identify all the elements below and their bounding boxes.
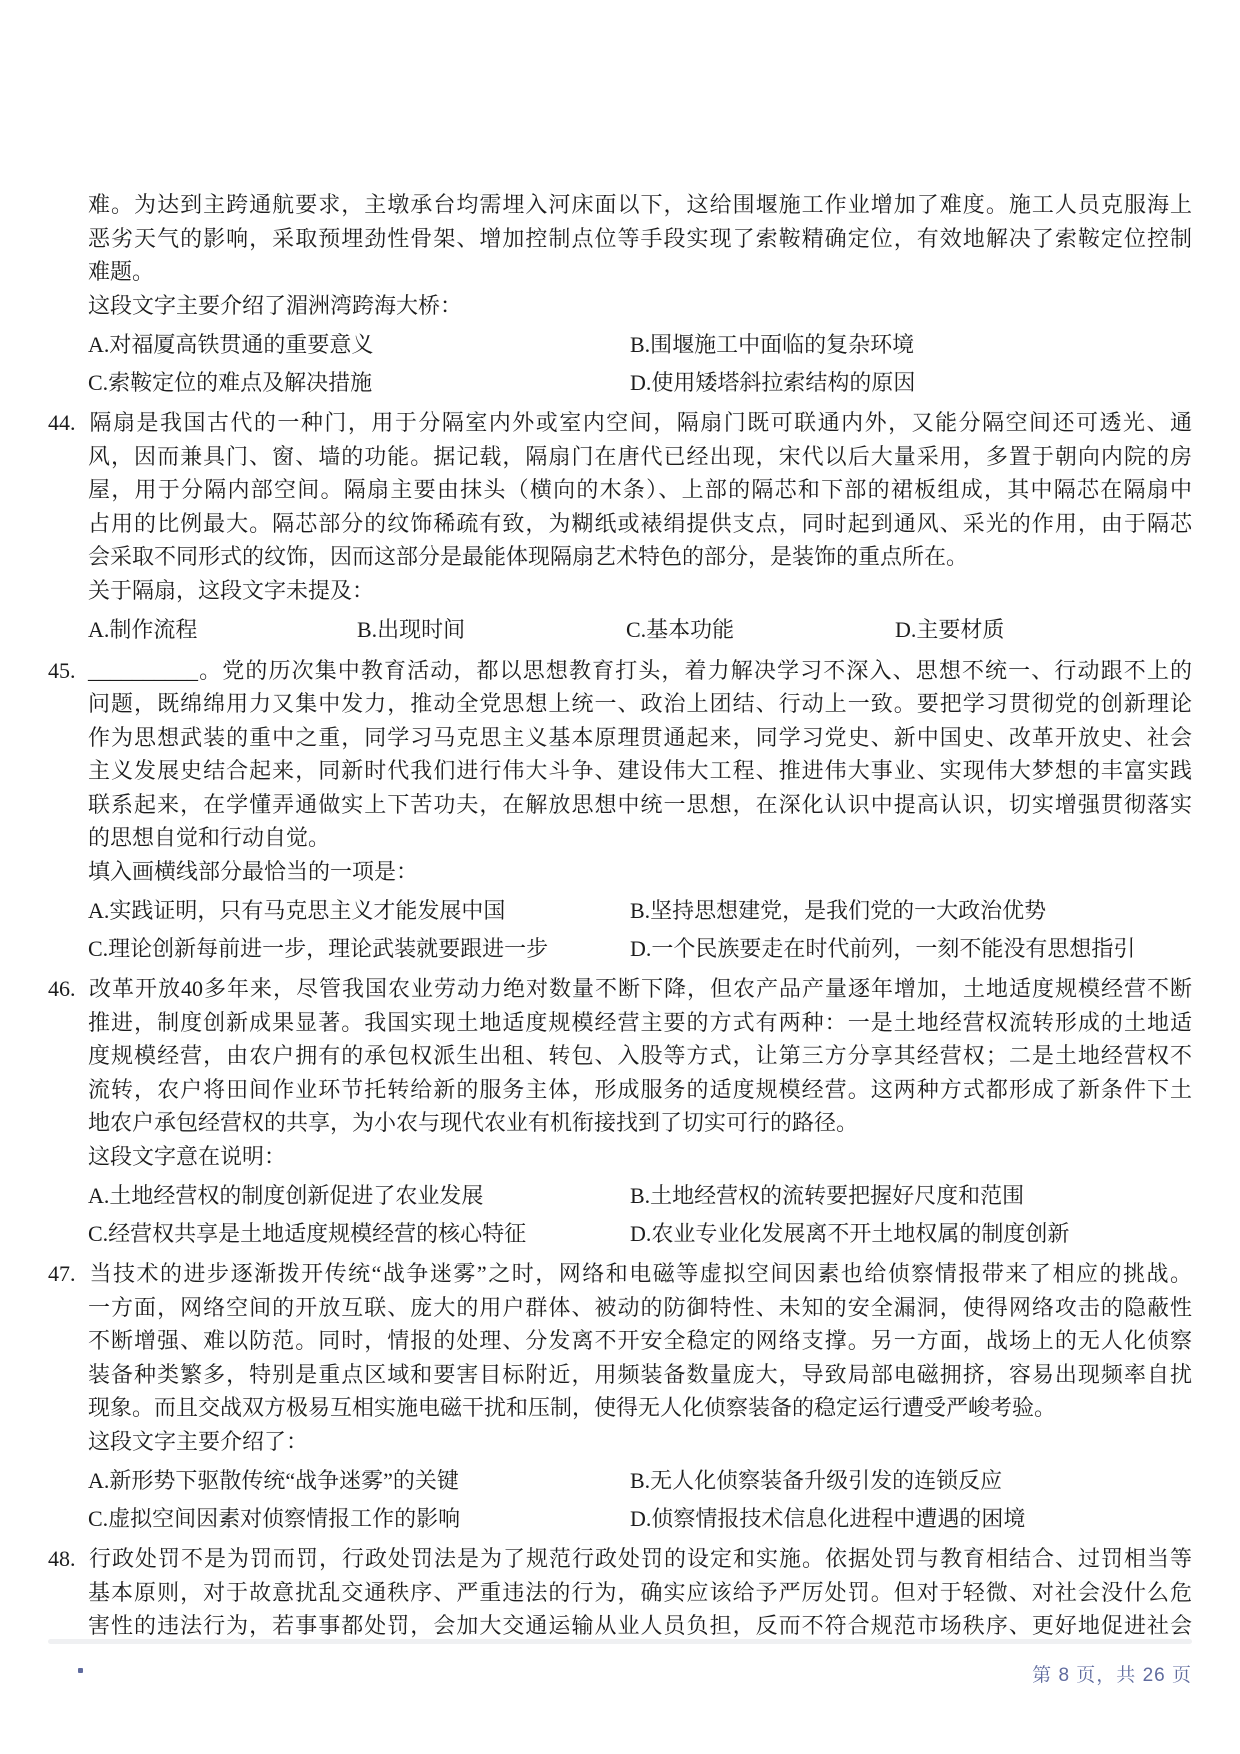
question-45: 45.__________。党的历次集中教育活动，都以思想教育打头，着力解决学习… [48,654,1192,968]
options-row: A.土地经营权的制度创新促进了农业发展 B.土地经营权的流转要把握好尺度和范围 [88,1177,1192,1215]
stem-line: 问题，既绵绵用力又集中发力，推动全党思想上统一、政治上团结、行动上一致。要把学习… [88,687,1192,721]
question-44: 44.隔扇是我国古代的一种门，用于分隔室内外或室内空间，隔扇门既可联通内外，又能… [48,406,1192,649]
footer-marker-dot [78,1668,83,1673]
option-c: C.理论创新每前进一步，理论武装就要跟进一步 [88,930,630,968]
question-46: 46.改革开放40多年来，尽管我国农业劳动力绝对数量不断下降，但农产品产量逐年增… [48,972,1192,1252]
option-d: D.主要材质 [895,611,1144,649]
question-43-carryover: 难。为达到主跨通航要求，主墩承台均需埋入河床面以下，这给围堰施工作业增加了难度。… [48,188,1192,401]
stem-line-text: 改革开放40多年来，尽管我国农业劳动力绝对数量不断下降，但农产品产量逐年增加，土… [88,976,1192,1001]
question-prompt: 填入画横线部分最恰当的一项是： [88,855,1192,889]
stem-line: 主义发展史结合起来，同新时代我们进行伟大斗争、建设伟大工程、推进伟大事业、实现伟… [88,754,1192,788]
document-body: 难。为达到主跨通航要求，主墩承台均需埋入河床面以下，这给围堰施工作业增加了难度。… [48,188,1192,1643]
footer-divider [48,1639,1192,1644]
stem-line-text: 行政处罚不是为罚而罚，行政处罚法是为了规范行政处罚的设定和实施。依据处罚与教育相… [88,1546,1192,1571]
option-a: A.对福厦高铁贯通的重要意义 [88,326,630,364]
stem-line-text: __________。党的历次集中教育活动，都以思想教育打头，着力解决学习不深入… [88,658,1192,683]
options-row: A.对福厦高铁贯通的重要意义 B.围堰施工中面临的复杂环境 [88,326,1192,364]
question-prompt: 这段文字主要介绍了湄洲湾跨海大桥： [88,289,1192,323]
stem-line: 流转，农户将田间作业环节托转给新的服务主体，形成服务的适度规模经营。这两种方式都… [88,1073,1192,1107]
stem-line: 44.隔扇是我国古代的一种门，用于分隔室内外或室内空间，隔扇门既可联通内外，又能… [88,406,1192,440]
stem-line: 风，因而兼具门、窗、墙的功能。据记载，隔扇门在唐代已经出现，宋代以后大量采用，多… [88,440,1192,474]
option-b: B.无人化侦察装备升级引发的连锁反应 [630,1462,1190,1500]
option-b: B.坚持思想建党，是我们党的一大政治优势 [630,892,1190,930]
option-a: A.实践证明，只有马克思主义才能发展中国 [88,892,630,930]
question-number: 45. [48,654,88,688]
options-group: A.对福厦高铁贯通的重要意义 B.围堰施工中面临的复杂环境 C.索鞍定位的难点及… [88,326,1192,401]
stem-line: 占用的比例最大。隔芯部分的纹饰稀疏有致，为糊纸或裱绢提供支点，同时起到通风、采光… [88,507,1192,541]
stem-line: 作为思想武装的重中之重，同学习马克思主义基本原理贯通起来，同学习党史、新中国史、… [88,721,1192,755]
stem-line: 难。为达到主跨通航要求，主墩承台均需埋入河床面以下，这给围堰施工作业增加了难度。… [88,188,1192,222]
question-48: 48.行政处罚不是为罚而罚，行政处罚法是为了规范行政处罚的设定和实施。依据处罚与… [48,1542,1192,1643]
stem-line: 一方面，网络空间的开放互联、庞大的用户群体、被动的防御特性、未知的安全漏洞，使得… [88,1291,1192,1325]
option-b: B.围堰施工中面临的复杂环境 [630,326,1190,364]
stem-line: 46.改革开放40多年来，尽管我国农业劳动力绝对数量不断下降，但农产品产量逐年增… [88,972,1192,1006]
options-row: C.虚拟空间因素对侦察情报工作的影响 D.侦察情报技术信息化进程中遭遇的困境 [88,1500,1192,1538]
question-number: 47. [48,1257,88,1291]
option-c: C.虚拟空间因素对侦察情报工作的影响 [88,1500,630,1538]
options-row: A.实践证明，只有马克思主义才能发展中国 B.坚持思想建党，是我们党的一大政治优… [88,892,1192,930]
option-b: B.土地经营权的流转要把握好尺度和范围 [630,1177,1190,1215]
question-number: 44. [48,406,88,440]
options-group: A.实践证明，只有马克思主义才能发展中国 B.坚持思想建党，是我们党的一大政治优… [88,892,1192,967]
exam-document-page: 难。为达到主跨通航要求，主墩承台均需埋入河床面以下，这给围堰施工作业增加了难度。… [0,0,1240,1754]
options-group: A.制作流程 B.出现时间 C.基本功能 D.主要材质 [88,611,1192,649]
stem-line: 基本原则，对于故意扰乱交通秩序、严重违法的行为，确实应该给予严厉处罚。但对于轻微… [88,1576,1192,1610]
options-group: A.新形势下驱散传统“战争迷雾”的关键 B.无人化侦察装备升级引发的连锁反应 C… [88,1462,1192,1537]
stem-line-text: 隔扇是我国古代的一种门，用于分隔室内外或室内空间，隔扇门既可联通内外，又能分隔空… [88,410,1192,435]
option-b: B.出现时间 [357,611,626,649]
page-number-indicator: 第 8 页，共 26 页 [1032,1660,1192,1687]
question-prompt: 这段文字意在说明： [88,1140,1192,1174]
question-number: 46. [48,972,88,1006]
option-d: D.侦察情报技术信息化进程中遭遇的困境 [630,1500,1190,1538]
stem-line: 48.行政处罚不是为罚而罚，行政处罚法是为了规范行政处罚的设定和实施。依据处罚与… [88,1542,1192,1576]
stem-line: 现象。而且交战双方极易互相实施电磁干扰和压制，使得无人化侦察装备的稳定运行遭受严… [88,1391,1192,1425]
option-c: C.基本功能 [626,611,895,649]
stem-line: 度规模经营，由农户拥有的承包权派生出租、转包、入股等方式，让第三方分享其经营权；… [88,1039,1192,1073]
stem-line: 屋，用于分隔内部空间。隔扇主要由抹头（横向的木条）、上部的隔芯和下部的裙板组成，… [88,473,1192,507]
stem-line: 推进，制度创新成果显著。我国实现土地适度规模经营主要的方式有两种：一是土地经营权… [88,1006,1192,1040]
option-c: C.经营权共享是土地适度规模经营的核心特征 [88,1215,630,1253]
option-a: A.土地经营权的制度创新促进了农业发展 [88,1177,630,1215]
stem-line-text: 当技术的进步逐渐拨开传统“战争迷雾”之时，网络和电磁等虚拟空间因素也给侦察情报带… [88,1261,1192,1286]
options-row: A.新形势下驱散传统“战争迷雾”的关键 B.无人化侦察装备升级引发的连锁反应 [88,1462,1192,1500]
stem-line: 恶劣天气的影响，采取预埋劲性骨架、增加控制点位等手段实现了索鞍精确定位，有效地解… [88,222,1192,256]
question-number: 48. [48,1542,88,1576]
stem-line: 联系起来，在学懂弄通做实上下苦功夫，在解放思想中统一思想，在深化认识中提高认识，… [88,788,1192,822]
option-a: A.制作流程 [88,611,357,649]
stem-line: 装备种类繁多，特别是重点区域和要害目标附近，用频装备数量庞大，导致局部电磁拥挤，… [88,1358,1192,1392]
stem-line: 45.__________。党的历次集中教育活动，都以思想教育打头，着力解决学习… [88,654,1192,688]
option-c: C.索鞍定位的难点及解决措施 [88,364,630,402]
stem-line: 害性的违法行为，若事事都处罚，会加大交通运输从业人员负担，反而不符合规范市场秩序… [88,1609,1192,1643]
stem-line: 47.当技术的进步逐渐拨开传统“战争迷雾”之时，网络和电磁等虚拟空间因素也给侦察… [88,1257,1192,1291]
options-group: A.土地经营权的制度创新促进了农业发展 B.土地经营权的流转要把握好尺度和范围 … [88,1177,1192,1252]
options-row: A.制作流程 B.出现时间 C.基本功能 D.主要材质 [88,611,1192,649]
option-d: D.一个民族要走在时代前列，一刻不能没有思想指引 [630,930,1190,968]
options-row: C.理论创新每前进一步，理论武装就要跟进一步 D.一个民族要走在时代前列，一刻不… [88,930,1192,968]
question-prompt: 关于隔扇，这段文字未提及： [88,574,1192,608]
option-d: D.使用矮塔斜拉索结构的原因 [630,364,1190,402]
option-a: A.新形势下驱散传统“战争迷雾”的关键 [88,1462,630,1500]
option-d: D.农业专业化发展离不开土地权属的制度创新 [630,1215,1190,1253]
stem-line: 不断增强、难以防范。同时，情报的处理、分发离不开安全稳定的网络支撑。另一方面，战… [88,1324,1192,1358]
question-prompt: 这段文字主要介绍了： [88,1425,1192,1459]
question-47: 47.当技术的进步逐渐拨开传统“战争迷雾”之时，网络和电磁等虚拟空间因素也给侦察… [48,1257,1192,1537]
stem-line: 的思想自觉和行动自觉。 [88,821,1192,855]
stem-line: 地农户承包经营权的共享，为小农与现代农业有机衔接找到了切实可行的路径。 [88,1106,1192,1140]
stem-line: 难题。 [88,255,1192,289]
options-row: C.经营权共享是土地适度规模经营的核心特征 D.农业专业化发展离不开土地权属的制… [88,1215,1192,1253]
stem-line: 会采取不同形式的纹饰，因而这部分是最能体现隔扇艺术特色的部分，是装饰的重点所在。 [88,540,1192,574]
options-row: C.索鞍定位的难点及解决措施 D.使用矮塔斜拉索结构的原因 [88,364,1192,402]
